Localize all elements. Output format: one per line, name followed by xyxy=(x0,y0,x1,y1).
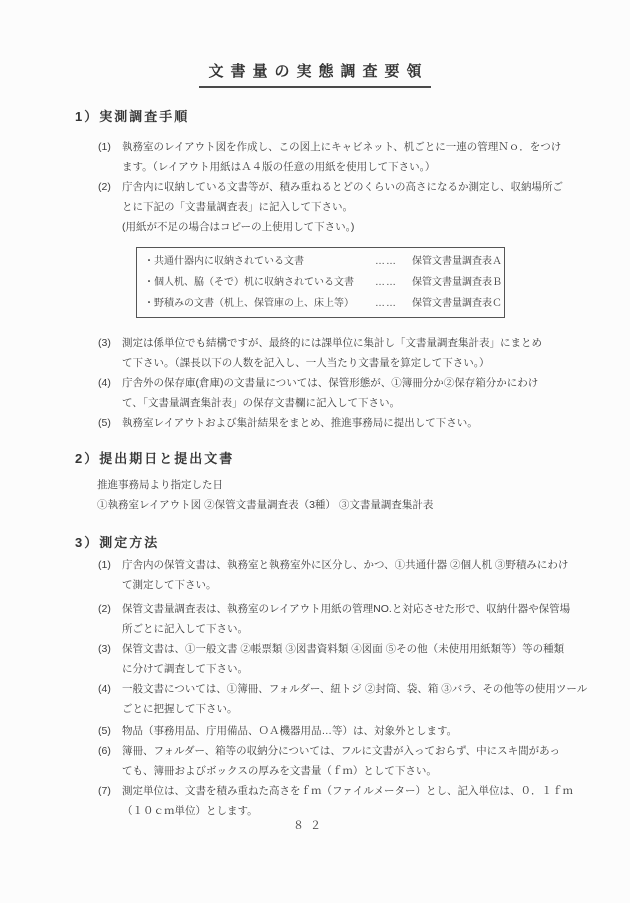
item-text: 測定は係単位でも結構ですが、最終的には課単位に集計し「文書量調査集計表」にまとめ… xyxy=(122,333,542,373)
item-text: 保管文書は、①一般文書 ②帳票類 ③図書資料類 ④図面 ⑤その他（未使用用紙類等… xyxy=(122,639,564,679)
forms-box-row: ・野積みの文書（机上、保管庫の上、床上等） …… 保管文書量調査表Ｃ xyxy=(144,293,504,314)
item-text: 執務室のレイアウト図を作成し、この図上にキャビネット、机ごとに一連の管理Ｎｏ．を… xyxy=(122,137,561,177)
list-item: (2) 庁舎内に収納している文書等が、積み重ねるとどのくらいの高さになるか測定し… xyxy=(98,177,630,237)
form-name: 保管文書量調査表Ｂ xyxy=(412,272,502,293)
item-line: 測定単位は、文書を積み重ねた高さをｆｍ（ファイルメーター）とし、記入単位は、０．… xyxy=(122,781,573,801)
document-page: 文書量の実態調査要領 1）実測調査手順 (1) 執務室のレイアウト図を作成し、こ… xyxy=(0,0,630,903)
item-text: 簿冊、フォルダー、箱等の収納分については、フルに文書が入っておらず、中にスキ間が… xyxy=(122,741,560,781)
item-text: 庁舎外の保存庫(倉庫)の文書量については、保管形態が、①簿冊分か②保存箱分かにわ… xyxy=(122,373,538,413)
item-line: （１０ｃｍ単位）とします。 xyxy=(122,801,573,821)
item-line: 所ごとに記入して下さい。 xyxy=(122,619,570,639)
list-item: (3) 保管文書は、①一般文書 ②帳票類 ③図書資料類 ④図面 ⑤その他（未使用… xyxy=(98,639,630,679)
item-line: ごとに把握して下さい。 xyxy=(122,699,587,719)
item-line: ます。（レイアウト用紙はＡ４版の任意の用紙を使用して下さい。） xyxy=(122,157,561,177)
form-category-label: ・野積みの文書（机上、保管庫の上、床上等） xyxy=(144,293,375,314)
item-number: (4) xyxy=(98,373,122,413)
dots-leader: …… xyxy=(375,251,412,272)
item-number: (4) xyxy=(98,679,122,719)
form-category-label: ・個人机、脇（そで）机に収納されている文書 xyxy=(144,272,375,293)
title-wrap: 文書量の実態調査要領 xyxy=(0,0,630,88)
item-number: (2) xyxy=(98,177,122,237)
item-text: 測定単位は、文書を積み重ねた高さをｆｍ（ファイルメーター）とし、記入単位は、０．… xyxy=(122,781,573,821)
item-line: 庁舎内の保管文書は、執務室と執務室外に区分し、かつ、①共通什器 ②個人机 ③野積… xyxy=(122,555,568,575)
item-text: 庁舎内の保管文書は、執務室と執務室外に区分し、かつ、①共通什器 ②個人机 ③野積… xyxy=(122,555,568,595)
submission-documents-line: ①執務室レイアウト図 ②保管文書量調査表（3種） ③文書量調査集計表 xyxy=(97,495,630,515)
item-number: (6) xyxy=(98,741,122,781)
item-number: (7) xyxy=(98,781,122,821)
list-item: (2) 保管文書量調査表は、執務室のレイアウト用紙の管理NO.と対応させた形で、… xyxy=(98,599,630,639)
list-item: (4) 庁舎外の保存庫(倉庫)の文書量については、保管形態が、①簿冊分か②保存箱… xyxy=(98,373,630,413)
item-line: て、「文書量調査集計表」の保存文書欄に記入して下さい。 xyxy=(122,393,538,413)
item-text: 物品（事務用品、庁用備品、ＯＡ機器用品…等）は、対象外とします。 xyxy=(122,721,457,741)
submission-date-line: 推進事務局より指定した日 xyxy=(97,475,630,495)
item-text: 庁舎内に収納している文書等が、積み重ねるとどのくらいの高さになるか測定し、収納場… xyxy=(122,177,563,237)
item-text: 執務室レイアウトおよび集計結果をまとめ、推進事務局に提出して下さい。 xyxy=(122,413,478,433)
list-item: (6) 簿冊、フォルダー、箱等の収納分については、フルに文書が入っておらず、中に… xyxy=(98,741,630,781)
list-item: (1) 庁舎内の保管文書は、執務室と執務室外に区分し、かつ、①共通什器 ②個人机… xyxy=(98,555,630,595)
item-line: て測定して下さい。 xyxy=(122,575,568,595)
section-1-heading: 1）実測調査手順 xyxy=(75,109,630,125)
section-2-heading: 2）提出期日と提出文書 xyxy=(75,451,630,467)
list-item: (1) 執務室のレイアウト図を作成し、この図上にキャビネット、机ごとに一連の管理… xyxy=(98,137,630,177)
item-line: 執務室レイアウトおよび集計結果をまとめ、推進事務局に提出して下さい。 xyxy=(122,413,478,433)
dots-leader: …… xyxy=(375,272,412,293)
item-number: (5) xyxy=(98,721,122,741)
item-line: 一般文書については、①簿冊、フォルダー、紐トジ ②封筒、袋、箱 ③バラ、その他等… xyxy=(122,679,587,699)
section-3-heading: 3）測定方法 xyxy=(75,535,630,551)
item-line: 物品（事務用品、庁用備品、ＯＡ機器用品…等）は、対象外とします。 xyxy=(122,721,457,741)
item-number: (1) xyxy=(98,137,122,177)
item-number: (1) xyxy=(98,555,122,595)
item-text: 一般文書については、①簿冊、フォルダー、紐トジ ②封筒、袋、箱 ③バラ、その他等… xyxy=(122,679,587,719)
item-number: (5) xyxy=(98,413,122,433)
list-item: (3) 測定は係単位でも結構ですが、最終的には課単位に集計し「文書量調査集計表」… xyxy=(98,333,630,373)
survey-forms-box: ・共通什器内に収納されている文書 …… 保管文書量調査表Ａ ・個人机、脇（そで）… xyxy=(136,247,505,318)
item-line: 庁舎外の保存庫(倉庫)の文書量については、保管形態が、①簿冊分か②保存箱分かにわ… xyxy=(122,373,538,393)
form-name: 保管文書量調査表Ａ xyxy=(412,251,502,272)
item-number: (2) xyxy=(98,599,122,639)
item-line: 測定は係単位でも結構ですが、最終的には課単位に集計し「文書量調査集計表」にまとめ xyxy=(122,333,542,353)
item-line: とに下記の「文書量調査表」に記入して下さい。 xyxy=(122,197,563,217)
item-line: (用紙が不足の場合はコピーの上使用して下さい。) xyxy=(122,217,563,237)
form-category-label: ・共通什器内に収納されている文書 xyxy=(144,251,375,272)
item-text: 保管文書量調査表は、執務室のレイアウト用紙の管理NO.と対応させた形で、収納什器… xyxy=(122,599,570,639)
item-line: 簿冊、フォルダー、箱等の収納分については、フルに文書が入っておらず、中にスキ間が… xyxy=(122,741,560,761)
list-item: (5) 物品（事務用品、庁用備品、ＯＡ機器用品…等）は、対象外とします。 xyxy=(98,721,630,741)
item-number: (3) xyxy=(98,639,122,679)
item-line: ても、簿冊およびボックスの厚みを文書量（ｆｍ）として下さい。 xyxy=(122,761,560,781)
document-body: 1）実測調査手順 (1) 執務室のレイアウト図を作成し、この図上にキャビネット、… xyxy=(0,109,630,821)
item-number: (3) xyxy=(98,333,122,373)
page-title: 文書量の実態調査要領 xyxy=(199,60,430,88)
dots-leader: …… xyxy=(375,293,412,314)
list-item: (4) 一般文書については、①簿冊、フォルダー、紐トジ ②封筒、袋、箱 ③バラ、… xyxy=(98,679,630,719)
item-line: 保管文書は、①一般文書 ②帳票類 ③図書資料類 ④図面 ⑤その他（未使用用紙類等… xyxy=(122,639,564,659)
item-line: に分けて調査して下さい。 xyxy=(122,659,564,679)
list-item: (7) 測定単位は、文書を積み重ねた高さをｆｍ（ファイルメーター）とし、記入単位… xyxy=(98,781,630,821)
forms-box-row: ・共通什器内に収納されている文書 …… 保管文書量調査表Ａ xyxy=(144,251,504,272)
item-line: て下さい。（課長以下の人数を記入し、一人当たり文書量を算定して下さい。） xyxy=(122,353,542,373)
item-line: 執務室のレイアウト図を作成し、この図上にキャビネット、机ごとに一連の管理Ｎｏ．を… xyxy=(122,137,561,157)
list-item: (5) 執務室レイアウトおよび集計結果をまとめ、推進事務局に提出して下さい。 xyxy=(98,413,630,433)
item-line: 保管文書量調査表は、執務室のレイアウト用紙の管理NO.と対応させた形で、収納什器… xyxy=(122,599,570,619)
form-name: 保管文書量調査表Ｃ xyxy=(412,293,502,314)
item-line: 庁舎内に収納している文書等が、積み重ねるとどのくらいの高さになるか測定し、収納場… xyxy=(122,177,563,197)
forms-box-row: ・個人机、脇（そで）机に収納されている文書 …… 保管文書量調査表Ｂ xyxy=(144,272,504,293)
